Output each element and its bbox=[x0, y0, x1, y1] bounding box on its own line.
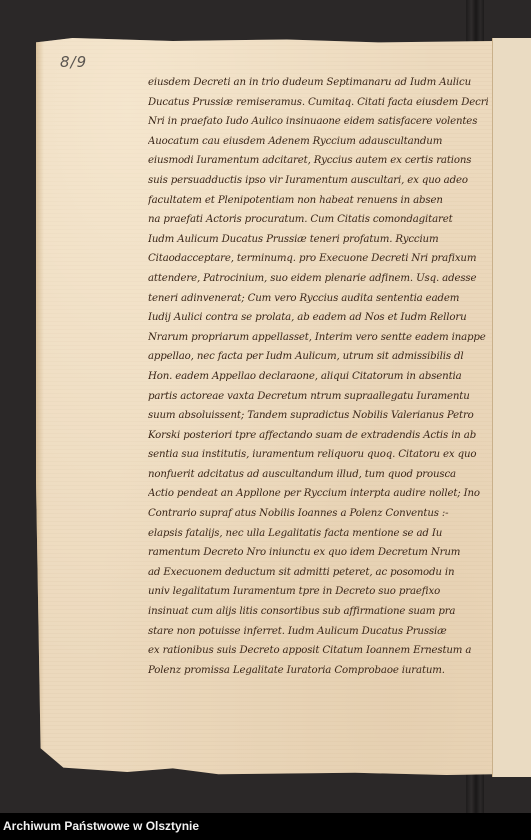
text-line: Nrarum propriarum appellasset, Interim v… bbox=[148, 328, 488, 348]
text-line: Iudij Aulici contra se prolata, ab eadem… bbox=[148, 308, 488, 328]
text-line: Ducatus Prussiæ remiseramus. Cumitaq. Ci… bbox=[148, 93, 488, 113]
handwritten-text-block: eiusdem Decreti an in trio dudeum Septim… bbox=[148, 73, 488, 680]
text-line: ex rationibus suis Decreto apposit Citat… bbox=[148, 641, 488, 661]
text-line: nonfuerit adcitatus ad auscultandum illu… bbox=[148, 465, 488, 485]
text-line: Hon. eadem Appellao declaraone, aliqui C… bbox=[148, 367, 488, 387]
text-line: appellao, nec facta per Iudm Aulicum, ut… bbox=[148, 347, 488, 367]
text-line: ad Execuonem deductum sit admitti petere… bbox=[148, 563, 488, 583]
archive-footer: Archiwum Państwowe w Olsztynie bbox=[0, 813, 531, 840]
text-line: univ legalitatum Iuramentum tpre in Decr… bbox=[148, 582, 488, 602]
text-line: facultatem et Plenipotentiam non habeat … bbox=[148, 191, 488, 211]
text-line: partis actoreae vaxta Decretum ntrum sup… bbox=[148, 387, 488, 407]
scan-viewer: 8/9 eiusdem Decreti an in trio dudeum Se… bbox=[0, 0, 531, 813]
text-line: Auocatum cau eiusdem Adenem Ryccium adau… bbox=[148, 132, 488, 152]
text-line: Nri in praefato Iudo Aulico insinuaone e… bbox=[148, 112, 488, 132]
text-line: Actio pendeat an Appllone per Ryccium in… bbox=[148, 484, 488, 504]
text-line: Polenz promissa Legalitate Iuratoria Com… bbox=[148, 661, 488, 681]
adjacent-page-edge bbox=[492, 38, 531, 777]
text-line: elapsis fatalijs, nec ulla Legalitatis f… bbox=[148, 524, 488, 544]
archive-name: Archiwum Państwowe w Olsztynie bbox=[3, 819, 199, 833]
text-line: teneri adinvenerat; Cum vero Ryccius aud… bbox=[148, 289, 488, 309]
text-line: suis persuadductis ipso vir Iuramentum a… bbox=[148, 171, 488, 191]
text-line: eiusdem Decreti an in trio dudeum Septim… bbox=[148, 73, 488, 93]
text-line: ramentum Decreto Nro iniunctu ex quo ide… bbox=[148, 543, 488, 563]
text-line: Korski posteriori tpre affectando suam d… bbox=[148, 426, 488, 446]
text-line: sentia sua institutis, iuramentum reliqu… bbox=[148, 445, 488, 465]
page-edge-shading bbox=[36, 35, 44, 778]
text-line: insinuat cum alijs litis consortibus sub… bbox=[148, 602, 488, 622]
text-line: na praefati Actoris procuratum. Cum Cita… bbox=[148, 210, 488, 230]
text-line: Iudm Aulicum Ducatus Prussiæ teneri prof… bbox=[148, 230, 488, 250]
text-line: Contrario supraf atus Nobilis Ioannes a … bbox=[148, 504, 488, 524]
text-line: suum absoluissent; Tandem supradictus No… bbox=[148, 406, 488, 426]
text-line: eiusmodi Iuramentum adcitaret, Ryccius a… bbox=[148, 151, 488, 171]
text-line: Citaodacceptare, terminumq. pro Execuone… bbox=[148, 249, 488, 269]
text-line: stare non potuisse inferret. Iudm Aulicu… bbox=[148, 622, 488, 642]
text-line: attendere, Patrocinium, suo eidem plenar… bbox=[148, 269, 488, 289]
folio-number: 8/9 bbox=[60, 53, 87, 71]
